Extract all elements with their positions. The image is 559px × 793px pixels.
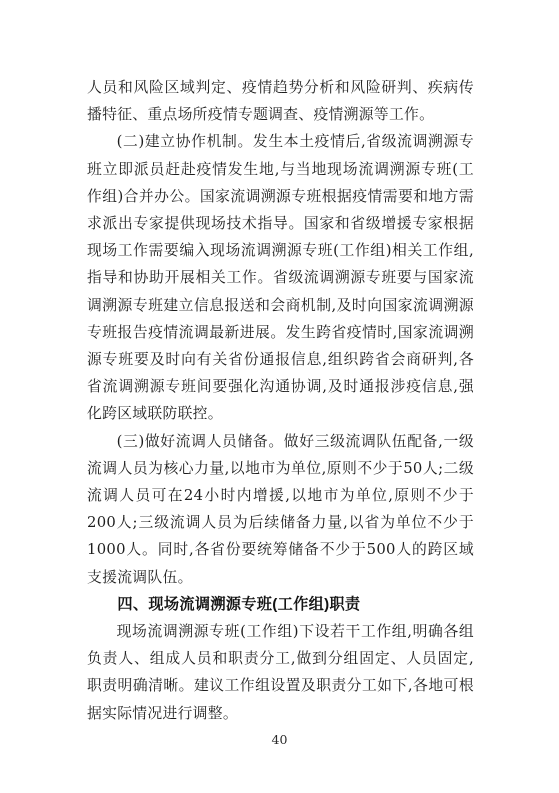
page-number: 40 [0, 732, 559, 747]
paragraph-personnel-reserve: (三)做好流调人员储备。做好三级流调队伍配备,一级流调人员为核心力量,以地市为单… [87, 428, 474, 591]
document-page: 人员和风险区域判定、疫情趋势分析和风险研判、疾病传播特征、重点场所疫情专题调查、… [0, 0, 559, 793]
paragraph-continuation: 人员和风险区域判定、疫情趋势分析和风险研判、疾病传播特征、重点场所疫情专题调查、… [87, 74, 474, 128]
paragraph-cooperation-mechanism: (二)建立协作机制。发生本土疫情后,省级流调溯源专班立即派员赶赴疫情发生地,与当… [87, 128, 474, 427]
text-block: 人员和风险区域判定、疫情趋势分析和风险研判、疾病传播特征、重点场所疫情专题调查、… [87, 74, 474, 727]
section-heading-duties: 四、现场流调溯源专班(工作组)职责 [87, 591, 474, 618]
paragraph-workgroup-setup: 现场流调溯源专班(工作组)下设若干工作组,明确各组负责人、组成人员和职责分工,做… [87, 618, 474, 727]
